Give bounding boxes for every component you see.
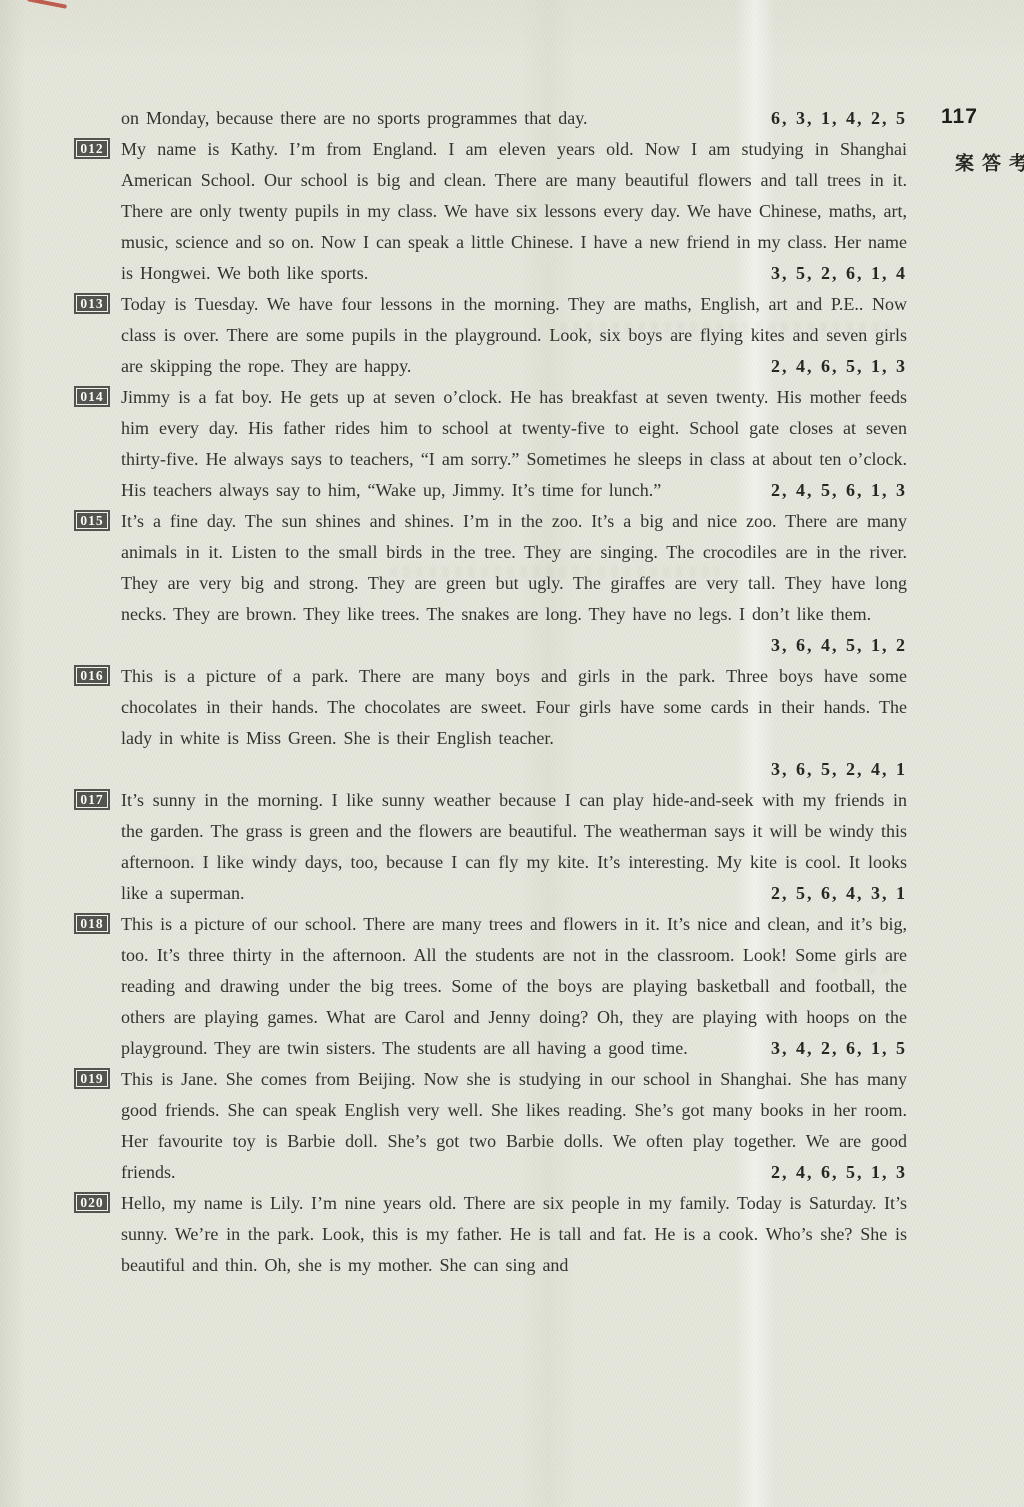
page-number: 117 xyxy=(941,105,993,129)
entry-answer: 6, 3, 1, 4, 2, 5 xyxy=(771,103,907,134)
entry-answer: 3, 4, 2, 6, 1, 5 xyxy=(771,1033,907,1064)
sidebar-caption: 听力文字及参考答案 xyxy=(950,153,1024,177)
entry-020: 020 Hello, my name is Lily. I’m nine yea… xyxy=(121,1188,907,1281)
red-pen-mark xyxy=(27,0,67,9)
entry-text: on Monday, because there are no sports p… xyxy=(121,108,588,128)
entry-014: 014 Jimmy is a fat boy. He gets up at se… xyxy=(121,382,907,506)
entry-015: 015 It’s a fine day. The sun shines and … xyxy=(121,506,907,661)
entry-013: 013 Today is Tuesday. We have four lesso… xyxy=(121,289,907,382)
listening-transcripts: on Monday, because there are no sports p… xyxy=(121,103,907,1281)
entry-answer: 3, 6, 5, 2, 4, 1 xyxy=(121,754,907,785)
entry-number-badge: 015 xyxy=(74,510,110,531)
entry-number-badge: 019 xyxy=(74,1068,110,1089)
paragraph-continuation: on Monday, because there are no sports p… xyxy=(121,103,907,134)
entry-017: 017 It’s sunny in the morning. I like su… xyxy=(121,785,907,909)
entry-answer: 2, 4, 6, 5, 1, 3 xyxy=(771,1157,907,1188)
entry-018: 018 This is a picture of our school. The… xyxy=(121,909,907,1064)
entry-number-badge: 013 xyxy=(74,293,110,314)
entry-number-badge: 017 xyxy=(74,789,110,810)
entry-number-badge: 020 xyxy=(74,1192,110,1213)
entry-number-badge: 018 xyxy=(74,913,110,934)
entry-answer: 2, 4, 5, 6, 1, 3 xyxy=(771,475,907,506)
entry-answer: 3, 6, 4, 5, 1, 2 xyxy=(771,630,907,661)
entry-text: This is a picture of a park. There are m… xyxy=(121,666,907,748)
entry-012: 012 My name is Kathy. I’m from England. … xyxy=(121,134,907,289)
entry-number-badge: 012 xyxy=(74,138,110,159)
entry-019: 019 This is Jane. She comes from Beijing… xyxy=(121,1064,907,1188)
entry-number-badge: 016 xyxy=(74,665,110,686)
entry-number-badge: 014 xyxy=(74,386,110,407)
entry-answer: 2, 5, 6, 4, 3, 1 xyxy=(771,878,907,909)
entry-016: 016 This is a picture of a park. There a… xyxy=(121,661,907,785)
entry-answer: 3, 5, 2, 6, 1, 4 xyxy=(771,258,907,289)
scanned-book-page: 117 听力文字及参考答案 on Monday, because there a… xyxy=(0,0,1024,1507)
entry-text: It’s a fine day. The sun shines and shin… xyxy=(121,511,907,624)
entry-text: Hello, my name is Lily. I’m nine years o… xyxy=(121,1193,907,1275)
entry-answer: 2, 4, 6, 5, 1, 3 xyxy=(771,351,907,382)
